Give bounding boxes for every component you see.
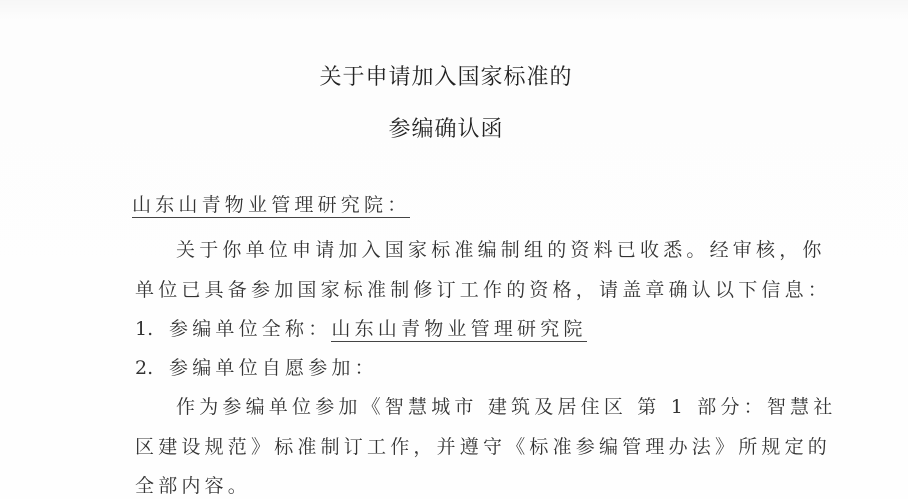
addressee: 山东山青物业管理研究院： [132,190,410,217]
item-label: 参编单位全称： [169,318,331,340]
document-title-line2: 参编确认函 [0,112,900,143]
item-label: 参编单位自愿参加： [169,357,378,379]
paragraph2-line2: 区建设规范》标准制订工作，并遵守《标准参编管理办法》所规定的 [135,432,831,459]
item-2: 2.参编单位自愿参加： [135,353,378,380]
item-number: 2. [135,357,169,379]
document-page: 关于申请加入国家标准的 参编确认函 山东山青物业管理研究院： 关于你单位申请加入… [0,0,908,499]
addressee-text: 山东山青物业管理研究院： [132,194,410,218]
document-title-line1: 关于申请加入国家标准的 [0,60,900,91]
paragraph2-line3: 全部内容。 [135,471,251,498]
paragraph1-line1: 关于你单位申请加入国家标准编制组的资料已收悉。经审核，你 [176,235,826,262]
paragraph1-line2: 单位已具备参加国家标准制修订工作的资格，请盖章确认以下信息： [135,275,831,302]
paragraph2-line1: 作为参编单位参加《智慧城市 建筑及居住区 第 1 部分：智慧社 [176,392,836,419]
item-1: 1.参编单位全称：山东山青物业管理研究院 [135,314,587,341]
item-value: 山东山青物业管理研究院 [331,318,586,342]
item-number: 1. [135,318,169,340]
